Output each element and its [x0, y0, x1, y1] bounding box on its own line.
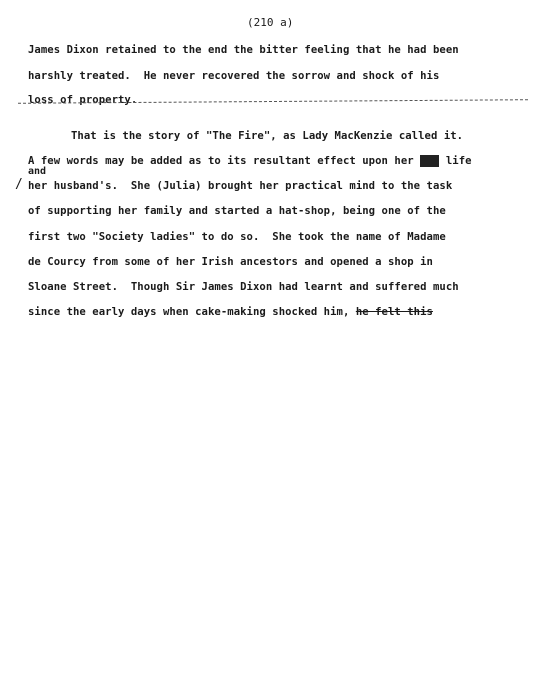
text-line: loss of property. [28, 94, 137, 106]
insertion-text: and [28, 166, 46, 177]
text-line: since the early days when cake-making sh… [28, 306, 433, 318]
struck-text: xxx [420, 155, 439, 167]
text-segment: A few words may be added as to its resul… [28, 155, 420, 167]
text-line: Sloane Street. Though Sir James Dixon ha… [28, 281, 459, 293]
text-line: first two "Society ladies" to do so. She… [28, 231, 446, 243]
text-line: of supporting her family and started a h… [28, 205, 446, 217]
margin-mark: / [15, 177, 23, 192]
text-line: That is the story of "The Fire", as Lady… [71, 130, 463, 142]
text-line: A few words may be added as to its resul… [28, 155, 472, 167]
text-segment: life [439, 155, 471, 167]
struck-text: he felt this [356, 306, 433, 318]
page-number: (210 a) [247, 16, 293, 29]
text-segment: since the early days when cake-making sh… [28, 306, 356, 318]
text-line: James Dixon retained to the end the bitt… [28, 44, 459, 56]
text-line: harshly treated. He never recovered the … [28, 70, 439, 82]
text-line: her husband's. She (Julia) brought her p… [28, 180, 452, 192]
text-line: de Courcy from some of her Irish ancesto… [28, 256, 433, 268]
